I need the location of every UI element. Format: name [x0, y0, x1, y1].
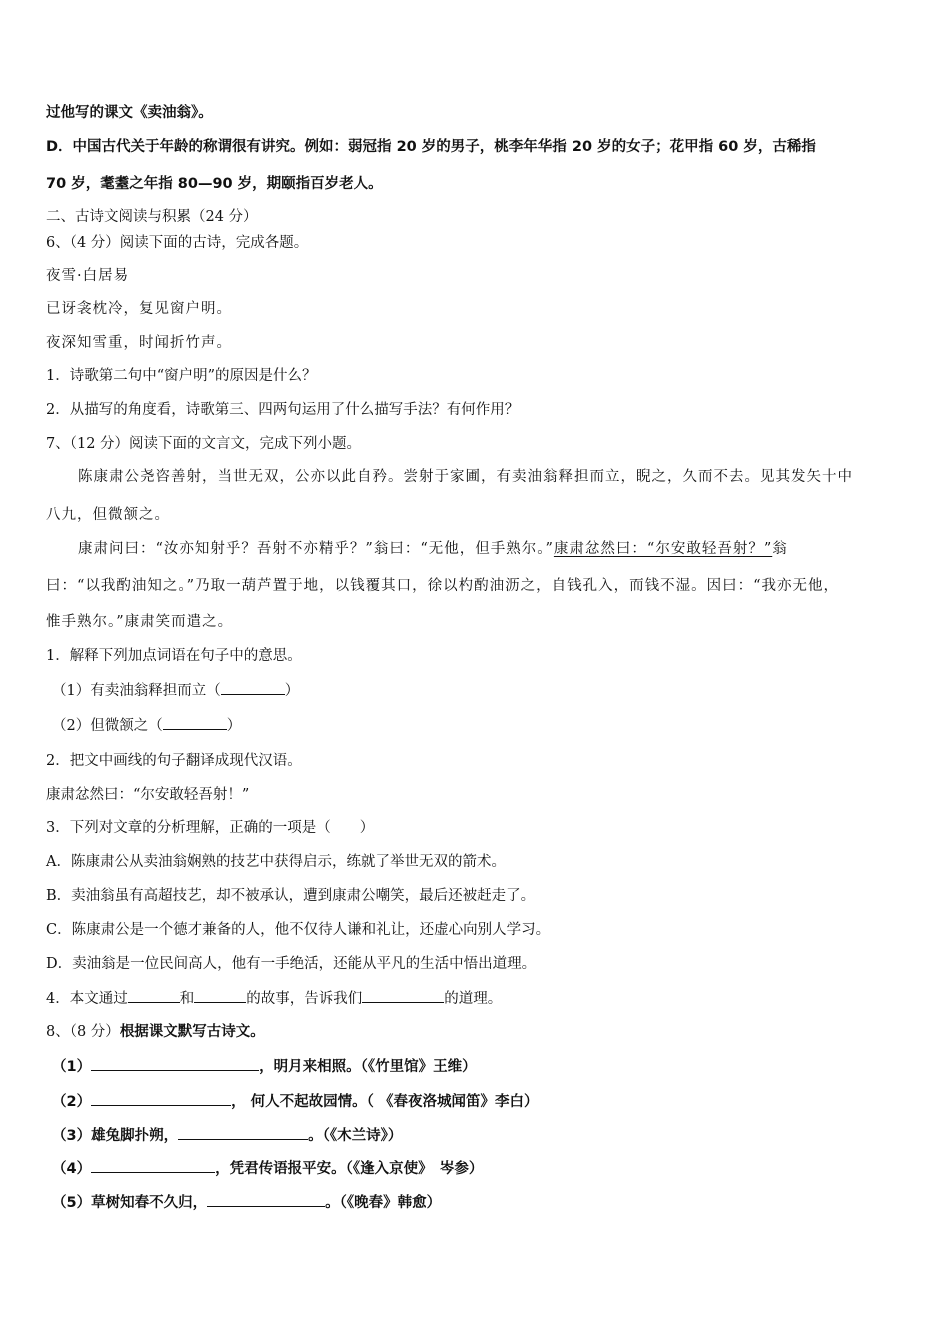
q7-sub1-item1: （1）有卖油翁释担而立（）	[52, 680, 299, 701]
close-paren: ）	[285, 683, 300, 699]
close-paren: ）	[227, 718, 242, 734]
passage-line: 八九，但微颔之。	[46, 505, 170, 525]
text-line: 过他写的课文《卖油翁》。	[46, 103, 213, 123]
section-heading: 二、古诗文阅读与积累（24 分）	[46, 207, 258, 227]
answer-blank[interactable]	[91, 1158, 215, 1173]
q8-prompt: 8、（8 分）根据课文默写古诗文。	[46, 1022, 265, 1042]
recite-item-3: （3）雄兔脚扑朔，。（《木兰诗》）	[52, 1125, 402, 1146]
item-label: （2）但微颔之（	[52, 718, 163, 734]
text: 的故事，告诉我们	[246, 991, 362, 1007]
option-c: C．陈康肃公是一个德才兼备的人，他不仅待人谦和礼让，还虚心向别人学习。	[46, 920, 550, 940]
item-pre: （5）草树知春不久归，	[52, 1195, 207, 1211]
q6-sub1: 1．诗歌第二句中“窗户明”的原因是什么？	[46, 366, 317, 386]
question-number: 8、（8 分）	[46, 1024, 120, 1040]
item-text: ，明月来相照。（《竹里馆》王维）	[259, 1059, 477, 1075]
answer-blank[interactable]	[194, 988, 246, 1003]
option-d: D．卖油翁是一位民间高人，他有一手绝活，还能从平凡的生活中悟出道理。	[46, 954, 536, 974]
text: 和	[180, 991, 195, 1007]
answer-blank[interactable]	[362, 988, 444, 1003]
poem-line: 已讶衾枕冷，复见窗户明。	[46, 299, 232, 319]
q7-sub3: 3．下列对文章的分析理解，正确的一项是（ ）	[46, 818, 374, 838]
item-pre: （4）	[52, 1161, 91, 1177]
q7-sub4: 4．本文通过和的故事，告诉我们的道理。	[46, 988, 502, 1009]
item-text: 。（《晚春》韩愈）	[325, 1195, 441, 1211]
answer-blank[interactable]	[207, 1192, 325, 1207]
passage-line: 惟手熟尔。”康肃笑而遣之。	[46, 612, 233, 632]
answer-blank[interactable]	[128, 988, 180, 1003]
recite-item-2: （2）， 何人不起故园情。（ 《春夜洛城闻笛》李白）	[52, 1091, 538, 1112]
passage-line: 康肃问曰：“汝亦知射乎？吾射不亦精乎？”翁曰：“无他，但手熟尔。”康肃忿然曰：“…	[78, 539, 788, 559]
answer-blank[interactable]	[91, 1056, 259, 1071]
poem-line: 夜深知雪重，时闻折竹声。	[46, 333, 232, 353]
question-text: 根据课文默写古诗文。	[120, 1024, 265, 1040]
passage-text: 翁	[772, 541, 788, 557]
recite-item-5: （5）草树知春不久归，。（《晚春》韩愈）	[52, 1192, 441, 1213]
underlined-sentence: 康肃忿然曰：“尔安敢轻吾射？”	[554, 541, 772, 557]
text: 4．本文通过	[46, 991, 128, 1007]
option-d-line1: D．中国古代关于年龄的称谓很有讲究。例如：弱冠指 20 岁的男子，桃李年华指 2…	[46, 137, 816, 157]
q6-sub2: 2．从描写的角度看，诗歌第三、四两句运用了什么描写手法？有何作用？	[46, 400, 519, 420]
answer-blank[interactable]	[91, 1091, 231, 1106]
answer-blank[interactable]	[163, 715, 227, 730]
q7-prompt: 7、（12 分）阅读下面的文言文，完成下列小题。	[46, 434, 361, 454]
item-label: （1）有卖油翁释担而立（	[52, 683, 221, 699]
q7-sub2-sentence: 康肃忿然曰：“尔安敢轻吾射！”	[46, 785, 249, 805]
poem-title: 夜雪·白居易	[46, 266, 129, 286]
item-pre: （3）雄兔脚扑朔，	[52, 1128, 178, 1144]
q7-sub1-item2: （2）但微颔之（）	[52, 715, 241, 736]
answer-blank[interactable]	[221, 680, 285, 695]
q7-sub2: 2．把文中画线的句子翻译成现代汉语。	[46, 751, 302, 771]
item-pre: （1）	[52, 1059, 91, 1075]
q7-sub1: 1．解释下列加点词语在句子中的意思。	[46, 646, 302, 666]
item-text: ，凭君传语报平安。（《逢入京使》 岑参）	[215, 1161, 483, 1177]
item-text: 。（《木兰诗》）	[308, 1128, 402, 1144]
passage-text: 康肃问曰：“汝亦知射乎？吾射不亦精乎？”翁曰：“无他，但手熟尔。”	[78, 541, 554, 557]
recite-item-1: （1），明月来相照。（《竹里馆》王维）	[52, 1056, 477, 1077]
option-b: B．卖油翁虽有高超技艺，却不被承认，遭到康肃公嘲笑，最后还被赶走了。	[46, 886, 535, 906]
item-pre: （2）	[52, 1094, 91, 1110]
q6-prompt: 6、（4 分）阅读下面的古诗，完成各题。	[46, 233, 308, 253]
option-a: A．陈康肃公从卖油翁娴熟的技艺中获得启示，练就了举世无双的箭术。	[46, 852, 506, 872]
text: 的道理。	[444, 991, 502, 1007]
item-text: ， 何人不起故园情。（ 《春夜洛城闻笛》李白）	[231, 1094, 538, 1110]
answer-blank[interactable]	[178, 1125, 308, 1140]
passage-line: 陈康肃公尧咨善射，当世无双，公亦以此自矜。尝射于家圃，有卖油翁释担而立，睨之，久…	[78, 467, 853, 487]
option-d-line2: 70 岁，耄耋之年指 80—90 岁，期颐指百岁老人。	[46, 174, 383, 194]
recite-item-4: （4），凭君传语报平安。（《逢入京使》 岑参）	[52, 1158, 483, 1179]
passage-line: 曰：“以我酌油知之。”乃取一葫芦置于地，以钱覆其口，徐以杓酌油沥之，自钱孔入，而…	[46, 576, 839, 596]
